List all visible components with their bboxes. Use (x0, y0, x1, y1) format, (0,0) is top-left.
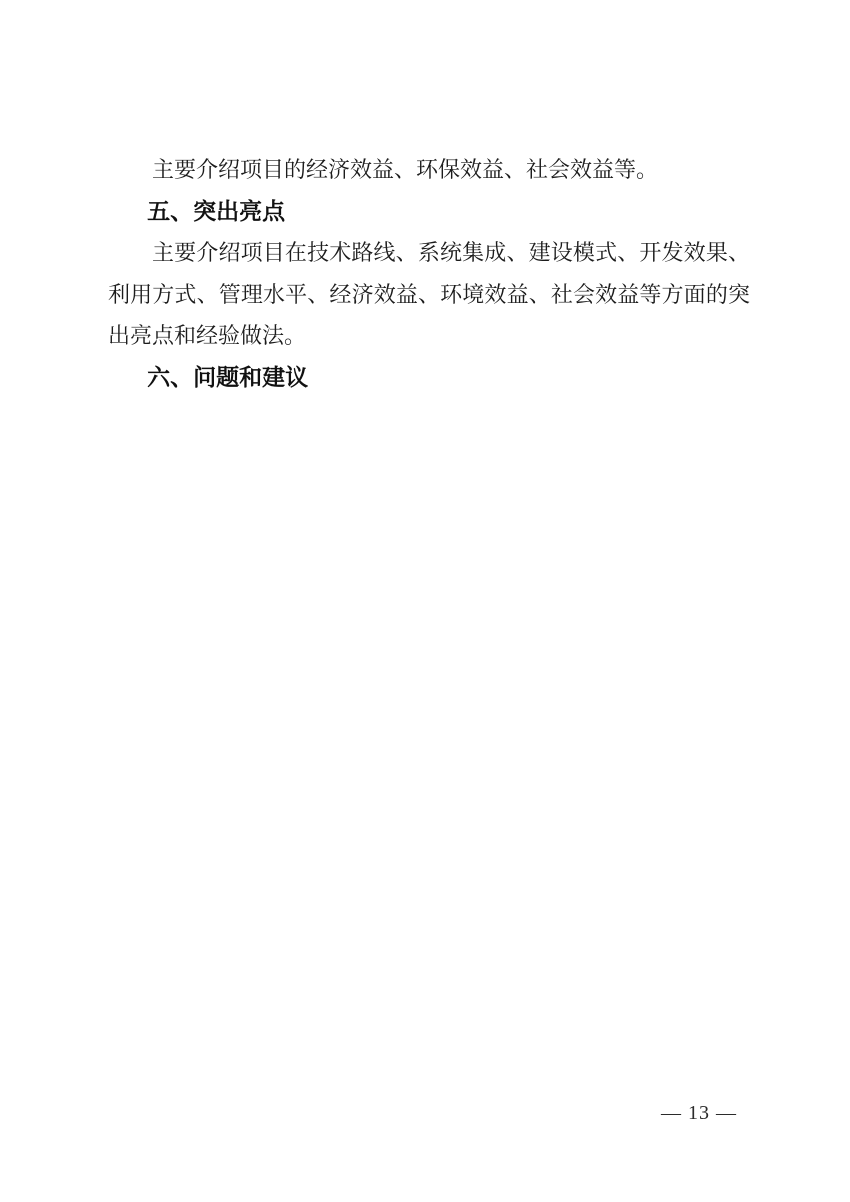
section-heading-highlights: 五、突出亮点 (108, 191, 750, 233)
page-number: — 13 — (661, 1100, 737, 1126)
document-body: 主要介绍项目的经济效益、环保效益、社会效益等。 五、突出亮点 主要介绍项目在技术… (108, 149, 750, 399)
body-paragraph-benefits: 主要介绍项目的经济效益、环保效益、社会效益等。 (108, 149, 750, 191)
section-heading-issues: 六、问题和建议 (108, 357, 750, 399)
document-page: 主要介绍项目的经济效益、环保效益、社会效益等。 五、突出亮点 主要介绍项目在技术… (0, 0, 850, 1202)
body-paragraph-highlights: 主要介绍项目在技术路线、系统集成、建设模式、开发效果、利用方式、管理水平、经济效… (108, 232, 750, 357)
